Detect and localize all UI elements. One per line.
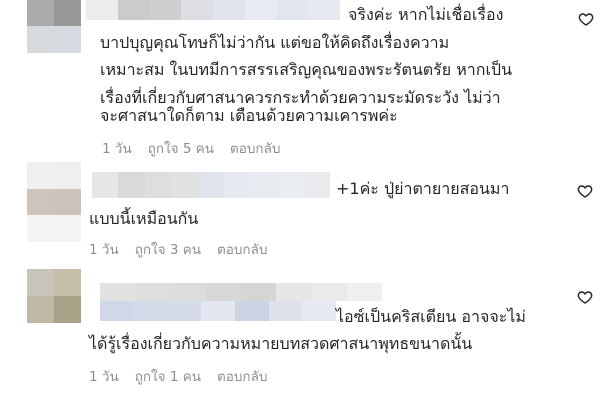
comment-text: จะศาสนาใดก็ตาม เตือนด้วยความเคารพค่ะ xyxy=(100,102,398,129)
avatar[interactable] xyxy=(27,269,81,323)
likes-count-link[interactable]: ถูกใจ 5 คน xyxy=(148,137,214,159)
comment-text: +1ค่ะ ปู่ย่าตายายสอนมา xyxy=(336,175,509,202)
comment-meta: 1 วัน ถูกใจ 5 คน ตอบกลับ xyxy=(102,137,280,159)
comment-text: ไอซ์เป็นคริสเตียน อาจจะไม่ xyxy=(336,303,526,330)
heart-outline-icon[interactable] xyxy=(578,11,594,27)
comment-text: แบบนี้เหมือนกัน xyxy=(89,205,198,232)
comment-time: 1 วัน xyxy=(102,137,132,159)
avatar[interactable] xyxy=(27,162,81,242)
username-blurred[interactable] xyxy=(86,0,340,20)
username-blurred[interactable] xyxy=(100,301,336,321)
heart-outline-icon[interactable] xyxy=(577,183,593,199)
reply-button[interactable]: ตอบกลับ xyxy=(217,238,267,260)
username-blurred[interactable] xyxy=(92,172,330,198)
comment-time: 1 วัน xyxy=(89,365,119,387)
comment-text: จริงค่ะ หากไม่เชื่อเรื่อง xyxy=(348,1,503,28)
comment-meta: 1 วัน ถูกใจ 3 คน ตอบกลับ xyxy=(89,238,267,260)
comment-meta: 1 วัน ถูกใจ 1 คน ตอบกลับ xyxy=(89,365,267,387)
heart-outline-icon[interactable] xyxy=(577,289,593,305)
likes-count-link[interactable]: ถูกใจ 3 คน xyxy=(135,238,201,260)
comment-text: เหมาะสม ในบทมีการสรรเสริญคุณของพระรัตนตร… xyxy=(100,56,512,83)
comment-time: 1 วัน xyxy=(89,238,119,260)
reply-button[interactable]: ตอบกลับ xyxy=(230,137,280,159)
comment-text: ได้รู้เรื่องเกี่ยวกับความหมายบทสวดศาสนาพ… xyxy=(89,330,472,357)
comment-text: บาปบุญคุณโทษก็ไม่ว่ากัน แต่ขอให้คิดถึงเร… xyxy=(100,29,449,56)
likes-count-link[interactable]: ถูกใจ 1 คน xyxy=(135,365,201,387)
avatar[interactable] xyxy=(27,0,81,53)
reply-button[interactable]: ตอบกลับ xyxy=(217,365,267,387)
username-blurred[interactable] xyxy=(100,283,382,301)
